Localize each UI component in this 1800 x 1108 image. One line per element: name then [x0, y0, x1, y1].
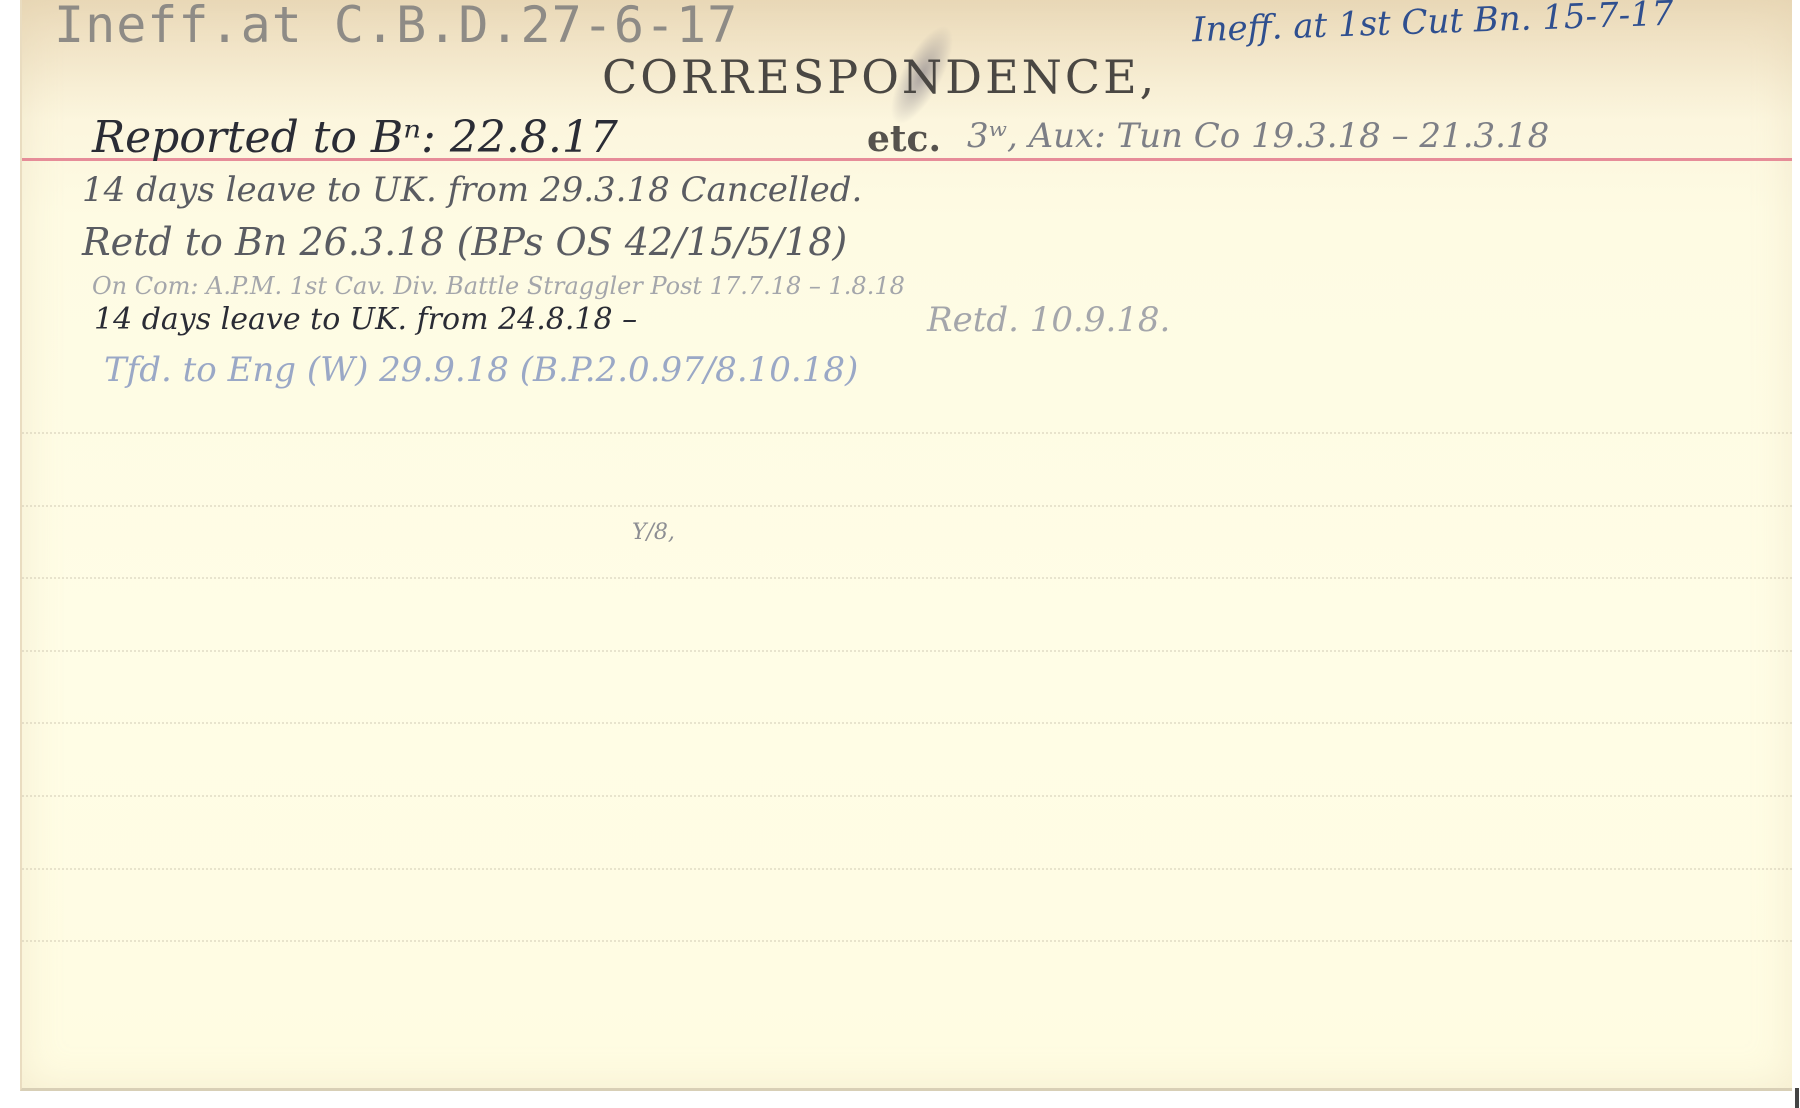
entry-retd-to-bn: Retd to Bn 26.3.18 (BPs OS 42/15/5/18) [82, 220, 847, 264]
entry-reported: Reported to Bⁿ: 22.8.17 [92, 112, 618, 163]
entry-transferred-england: Tfd. to Eng (W) 29.9.18 (B.P.2.0.97/8.10… [104, 350, 858, 390]
dotted-rule-line [22, 868, 1792, 870]
printed-etc: etc. [867, 118, 941, 160]
stray-pencil-mark: Y/8, [632, 520, 675, 545]
entry-on-command: On Com: A.P.M. 1st Cav. Div. Battle Stra… [92, 272, 905, 300]
entry-leave-uk: 14 days leave to UK. from 24.8.18 – [94, 302, 637, 337]
service-record-card: Ineff.at C.B.D.27-6-17 Ineff. at 1st Cut… [20, 0, 1792, 1091]
entry-aux-tun-co: 3ʷ, Aux: Tun Co 19.3.18 – 21.3.18 [967, 116, 1549, 156]
scan-edge-mark [1795, 1088, 1799, 1108]
top-right-annotation: Ineff. at 1st Cut Bn. 15-7-17 [1191, 0, 1674, 50]
dotted-rule-line [22, 432, 1792, 434]
dotted-rule-line [22, 577, 1792, 579]
dotted-rule-line [22, 650, 1792, 652]
entry-leave-cancelled: 14 days leave to UK. from 29.3.18 Cancel… [82, 170, 862, 210]
dotted-rule-line [22, 505, 1792, 507]
dotted-rule-line [22, 940, 1792, 942]
dotted-rule-line [22, 722, 1792, 724]
dotted-rule-line [22, 795, 1792, 797]
typed-header: Ineff.at C.B.D.27-6-17 [54, 0, 738, 54]
entry-retd-date: Retd. 10.9.18. [927, 300, 1170, 340]
card-title: CORRESPONDENCE, [602, 50, 1157, 104]
